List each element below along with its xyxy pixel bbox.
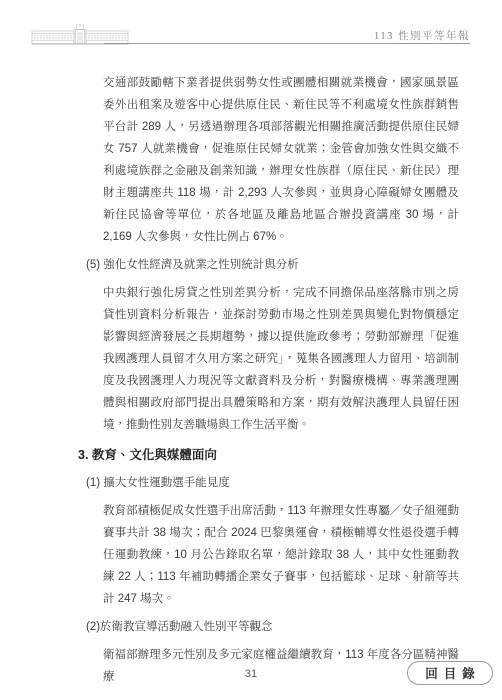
paragraph: 教育部積極促成女性選手出席活動，113 年辦理女性專屬／女子組運動賽事共計 38…: [103, 500, 459, 610]
paragraph: 交通部鼓勵轄下業者提供弱勢女性或團體相關就業機會，國家風景區委外出租案及遊客中心…: [103, 72, 459, 248]
document-page: 113 性別平等年報 交通部鼓勵轄下業者提供弱勢女性或團體相關就業機會，國家風景…: [0, 0, 502, 700]
subsection-heading: (5) 強化女性經濟及就業之性別統計與分析: [86, 254, 459, 276]
section-heading: 3. 教育、文化與媒體面向: [78, 444, 459, 466]
page-content: 交通部鼓勵轄下業者提供弱勢女性或團體相關就業機會，國家風景區委外出租案及遊客中心…: [0, 72, 502, 694]
paragraph: 衛福部辦理多元性別及多元家庭權益繼續教育，113 年度各分區精神醫療: [103, 644, 459, 688]
government-building-logo-icon: [30, 24, 130, 45]
paragraph: 中央銀行強化房貸之性別差異分析，完成不同擔保品座落縣市別之房貸性別資料分析報告，…: [103, 282, 459, 436]
subsection-heading: (1) 擴大女性運動選手能見度: [86, 472, 459, 494]
report-title: 113 性別平等年報: [374, 28, 470, 43]
subsection-heading: (2)於衛教宣導活動融入性別平等觀念: [86, 616, 459, 638]
back-to-toc-button[interactable]: 回目錄: [407, 661, 493, 685]
header-divider: [104, 43, 470, 44]
